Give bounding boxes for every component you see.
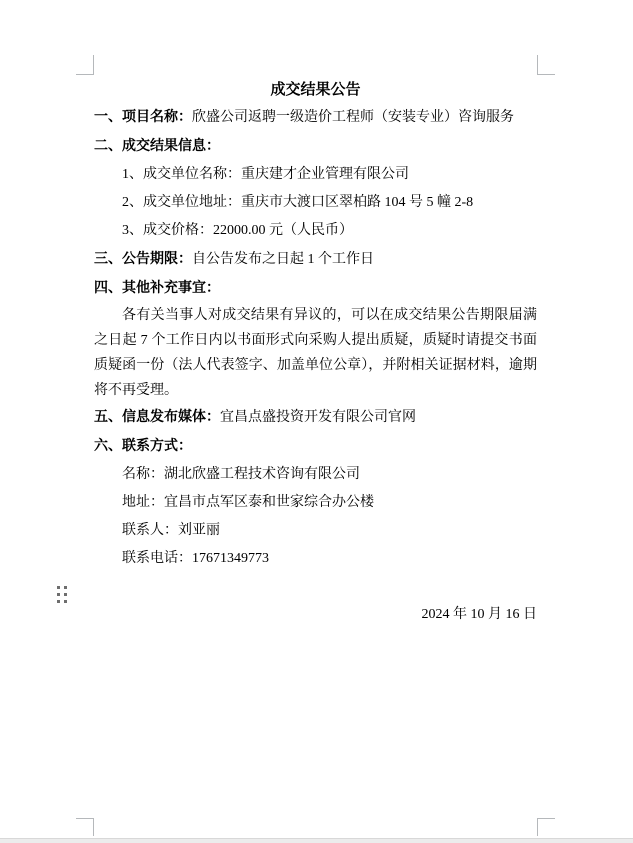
margin-crop-mark-top-right-icon xyxy=(537,55,555,75)
section-other-matters: 四、其他补充事宜： xyxy=(94,274,537,303)
contact-address-item: 地址：宜昌市点军区泰和世家综合办公楼 xyxy=(94,489,537,517)
document-title: 成交结果公告 xyxy=(94,75,537,103)
section-announcement-period: 三、公告期限：自公告发布之日起 1 个工作日 xyxy=(94,245,537,274)
document-date: 2024 年 10 月 16 日 xyxy=(94,601,537,629)
section-publishing-media-number: 五、 xyxy=(94,409,122,425)
section-award-result-info-label: 成交结果信息： xyxy=(122,138,220,154)
section-award-result-info: 二、成交结果信息： xyxy=(94,132,537,161)
award-supplier-address-item: 2、成交单位地址：重庆市大渡口区翠柏路 104 号 5 幢 2-8 xyxy=(94,189,537,217)
section-announcement-period-value: 自公告发布之日起 1 个工作日 xyxy=(192,252,374,267)
section-publishing-media-label: 信息发布媒体： xyxy=(122,409,220,425)
page-bottom-gap xyxy=(0,838,633,843)
document-body: 成交结果公告 一、项目名称：欣盛公司返聘一级造价工程师（安装专业）咨询服务 二、… xyxy=(94,75,537,629)
section-announcement-period-number: 三、 xyxy=(94,251,122,267)
contact-phone-item: 联系电话：17671349773 xyxy=(94,545,537,573)
margin-crop-mark-top-left-icon xyxy=(76,55,94,75)
section-project-name-label: 项目名称： xyxy=(122,109,192,125)
objection-paragraph: 各有关当事人对成交结果有异议的，可以在成交结果公告期限届满之日起 7 个工作日内… xyxy=(94,303,537,403)
section-contact-info-number: 六、 xyxy=(94,438,122,454)
section-contact-info-label: 联系方式： xyxy=(122,438,192,454)
section-publishing-media-value: 宜昌点盛投资开发有限公司官网 xyxy=(220,410,416,425)
section-contact-info: 六、联系方式： xyxy=(94,432,537,461)
section-project-name: 一、项目名称：欣盛公司返聘一级造价工程师（安装专业）咨询服务 xyxy=(94,103,537,132)
award-supplier-name-item: 1、成交单位名称：重庆建才企业管理有限公司 xyxy=(94,161,537,189)
section-project-name-value: 欣盛公司返聘一级造价工程师（安装专业）咨询服务 xyxy=(192,110,514,125)
section-project-name-number: 一、 xyxy=(94,109,122,125)
contact-name-item: 名称：湖北欣盛工程技术咨询有限公司 xyxy=(94,461,537,489)
margin-crop-mark-bottom-left-icon xyxy=(76,818,94,836)
drag-handle-dots-icon[interactable] xyxy=(57,586,67,603)
section-award-result-info-number: 二、 xyxy=(94,138,122,154)
section-publishing-media: 五、信息发布媒体：宜昌点盛投资开发有限公司官网 xyxy=(94,403,537,432)
section-other-matters-number: 四、 xyxy=(94,280,122,296)
award-price-item: 3、成交价格：22000.00 元（人民币） xyxy=(94,217,537,245)
section-announcement-period-label: 公告期限： xyxy=(122,251,192,267)
document-page: 成交结果公告 一、项目名称：欣盛公司返聘一级造价工程师（安装专业）咨询服务 二、… xyxy=(0,0,633,843)
margin-crop-mark-bottom-right-icon xyxy=(537,818,555,836)
contact-person-item: 联系人：刘亚丽 xyxy=(94,517,537,545)
section-other-matters-label: 其他补充事宜： xyxy=(122,280,220,296)
